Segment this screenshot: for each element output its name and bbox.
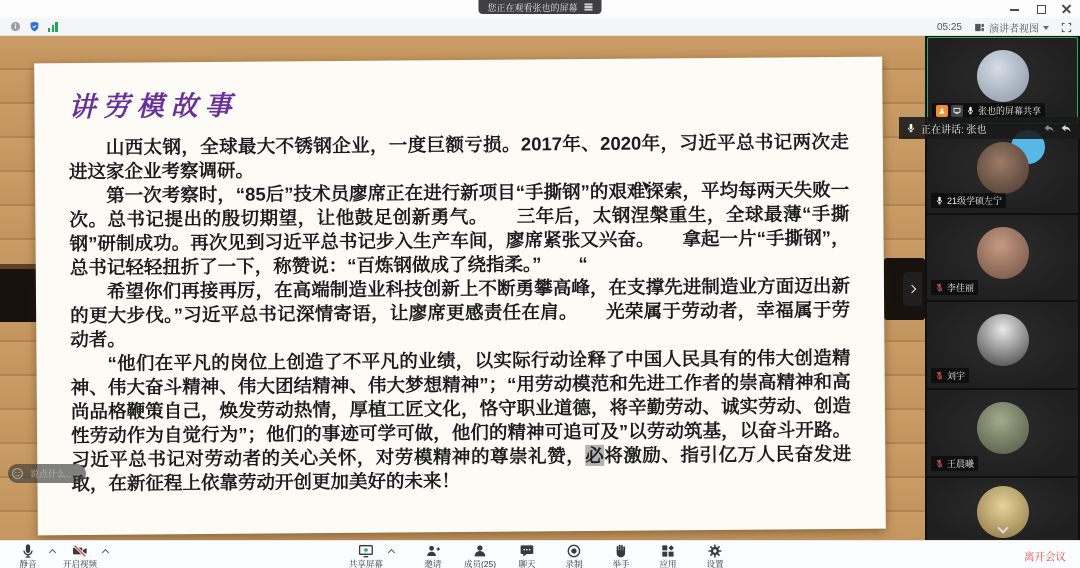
smiley-icon xyxy=(11,467,24,480)
chat-icon xyxy=(519,543,535,559)
apps-icon xyxy=(660,543,676,559)
document-paragraph: “他们在平凡的岗位上创造了不平凡的业绩，以实际行动诠释了中国人民具有的伟大创造精… xyxy=(70,346,851,496)
camera-off-icon xyxy=(72,543,88,559)
close-button[interactable] xyxy=(1062,4,1072,14)
tile-label: 21级学硕左宁 xyxy=(931,193,1006,208)
watching-banner[interactable]: 您正在观看张也的屏幕 xyxy=(478,0,601,14)
settings-button[interactable]: 设置 xyxy=(699,543,731,568)
window-controls xyxy=(1010,4,1072,14)
shield-icon[interactable] xyxy=(29,21,40,32)
mute-options-caret[interactable] xyxy=(45,543,59,559)
video-tile[interactable]: 王晨曦 xyxy=(927,390,1078,476)
reply-arrow-icon xyxy=(1060,122,1073,135)
quick-chat-placeholder: 说点什么... xyxy=(30,467,74,480)
record-icon xyxy=(566,543,582,559)
members-icon xyxy=(472,543,488,559)
video-tile-screen-share[interactable]: 张也的屏幕共享 xyxy=(927,37,1078,124)
settings-icon xyxy=(707,543,723,559)
raise-hand-icon xyxy=(613,543,629,559)
participant-name: 张也的屏幕共享 xyxy=(978,104,1041,117)
mic-muted-icon xyxy=(935,371,944,380)
record-label: 录制 xyxy=(566,560,583,568)
video-tile[interactable] xyxy=(927,478,1078,540)
video-tile[interactable]: 刘宇 xyxy=(927,302,1078,388)
tile-label: 李佳丽 xyxy=(931,280,978,295)
chevron-right-icon xyxy=(907,285,915,293)
fullscreen-button[interactable] xyxy=(1061,22,1072,33)
share-screen-button[interactable]: 共享屏幕 xyxy=(349,543,383,568)
raise-hand-label: 举手 xyxy=(613,560,630,568)
speaking-banner: 正在讲话: 张也 xyxy=(899,117,1080,139)
toolbar-left-group: 静音 开启视频 xyxy=(12,543,116,568)
info-icon[interactable] xyxy=(10,21,21,32)
share-options-caret[interactable] xyxy=(384,543,398,559)
meeting-main: 讲劳模故事 山西太钢，全球最大不锈钢企业，一度巨额亏损。2017年、2020年，… xyxy=(0,36,1080,540)
share-screen-label: 共享屏幕 xyxy=(349,560,383,568)
tile-label: 王晨曦 xyxy=(931,456,978,471)
host-badge-icon xyxy=(936,105,948,117)
avatar xyxy=(977,402,1029,454)
view-mode-selector[interactable]: 演讲者视图 xyxy=(974,20,1049,35)
members-label: 成员(25) xyxy=(464,560,496,568)
mic-icon xyxy=(966,106,975,115)
raise-hand-button[interactable]: 举手 xyxy=(605,543,637,568)
topbar-status-icons xyxy=(10,21,58,32)
reply-arrows xyxy=(1043,122,1073,135)
minimize-button[interactable] xyxy=(1010,4,1020,14)
video-tile[interactable]: 李佳丽 xyxy=(927,215,1078,300)
view-mode-label: 演讲者视图 xyxy=(989,20,1039,35)
document-paragraph: 希望你们再接再厉，在高端制造业科技创新上不断勇攀高峰，在支撑先进制造业方面迈出新… xyxy=(70,274,851,352)
meeting-toolbar: 静音 开启视频 共享屏幕 邀请 成员(2 xyxy=(0,540,1080,568)
settings-label: 设置 xyxy=(707,560,724,568)
shared-screen: 讲劳模故事 山西太钢，全球最大不锈钢企业，一度巨额亏损。2017年、2020年，… xyxy=(0,36,925,540)
apps-label: 应用 xyxy=(660,560,677,568)
participant-name: 刘宇 xyxy=(947,369,965,382)
document-paragraph: 山西太钢，全球最大不锈钢企业，一度巨额亏损。2017年、2020年，习近平总书记… xyxy=(69,130,849,184)
tile-label: 刘宇 xyxy=(931,368,969,383)
avatar xyxy=(977,314,1029,366)
invite-label: 邀请 xyxy=(424,560,441,568)
document-title: 讲劳模故事 xyxy=(68,79,848,124)
start-video-label: 开启视频 xyxy=(63,560,97,568)
dropdown-icon xyxy=(1043,26,1049,30)
participant-name: 21级学硕左宁 xyxy=(947,194,1002,207)
meeting-topbar: 05:25 演讲者视图 xyxy=(0,18,1080,36)
meeting-timer: 05:25 xyxy=(937,22,962,33)
chat-label: 聊天 xyxy=(519,560,536,568)
quick-chat-input[interactable]: 说点什么... xyxy=(8,464,86,483)
mute-button[interactable]: 静音 xyxy=(12,543,44,568)
share-badge-icon xyxy=(951,105,963,117)
watching-banner-text: 您正在观看张也的屏幕 xyxy=(487,1,577,14)
chat-button[interactable]: 聊天 xyxy=(511,543,543,568)
sidebar-collapse-handle[interactable] xyxy=(903,272,922,306)
video-options-caret[interactable] xyxy=(98,543,112,559)
start-video-button[interactable]: 开启视频 xyxy=(63,543,97,568)
meeting-window: 您正在观看张也的屏幕 05:25 演讲者视图 xyxy=(0,0,1080,568)
maximize-button[interactable] xyxy=(1036,4,1046,14)
toolbar-center-group: 共享屏幕 邀请 成员(25) 聊天 录制 举手 xyxy=(349,543,731,568)
mic-muted-icon xyxy=(935,283,944,292)
mute-label: 静音 xyxy=(19,560,36,568)
apps-button[interactable]: 应用 xyxy=(652,543,684,568)
screen-share-icon xyxy=(358,543,374,559)
participant-name: 李佳丽 xyxy=(947,281,974,294)
shared-document: 讲劳模故事 山西太钢，全球最大不锈钢企业，一度巨额亏损。2017年、2020年，… xyxy=(34,57,886,536)
avatar xyxy=(977,50,1029,102)
network-signal-icon[interactable] xyxy=(48,22,58,32)
members-button[interactable]: 成员(25) xyxy=(464,543,496,568)
layout-icon xyxy=(974,22,985,33)
highlighted-char: 必 xyxy=(585,445,604,466)
mic-muted-icon xyxy=(935,459,944,468)
mic-icon xyxy=(20,543,36,559)
invite-button[interactable]: 邀请 xyxy=(417,543,449,568)
mouse-cursor xyxy=(640,179,653,196)
tile-label: 张也的屏幕共享 xyxy=(932,103,1045,118)
record-button[interactable]: 录制 xyxy=(558,543,590,568)
mic-icon xyxy=(906,123,916,133)
avatar xyxy=(977,142,1029,194)
banner-menu-icon xyxy=(585,6,593,7)
invite-icon xyxy=(425,543,441,559)
document-body: 山西太钢，全球最大不锈钢企业，一度巨额亏损。2017年、2020年，习近平总书记… xyxy=(69,130,852,496)
document-paragraph: 第一次考察时，“85后”技术员廖席正在进行新项目“手撕钢”的艰难探索，平均每两天… xyxy=(69,178,850,280)
window-titlebar: 您正在观看张也的屏幕 xyxy=(0,0,1080,18)
participant-sidebar: 张也的屏幕共享 21级学硕左宁 李佳丽 xyxy=(925,36,1080,540)
video-tile[interactable]: 21级学硕左宁 xyxy=(927,126,1078,213)
avatar xyxy=(977,227,1029,279)
speaking-banner-text: 正在讲话: 张也 xyxy=(921,121,987,136)
reply-arrow-icon xyxy=(1043,122,1056,135)
leave-meeting-button[interactable]: 离开会议 xyxy=(1024,549,1066,564)
topbar-right: 05:25 演讲者视图 xyxy=(937,20,1072,35)
participant-name: 王晨曦 xyxy=(947,457,974,470)
mic-icon xyxy=(935,196,944,205)
